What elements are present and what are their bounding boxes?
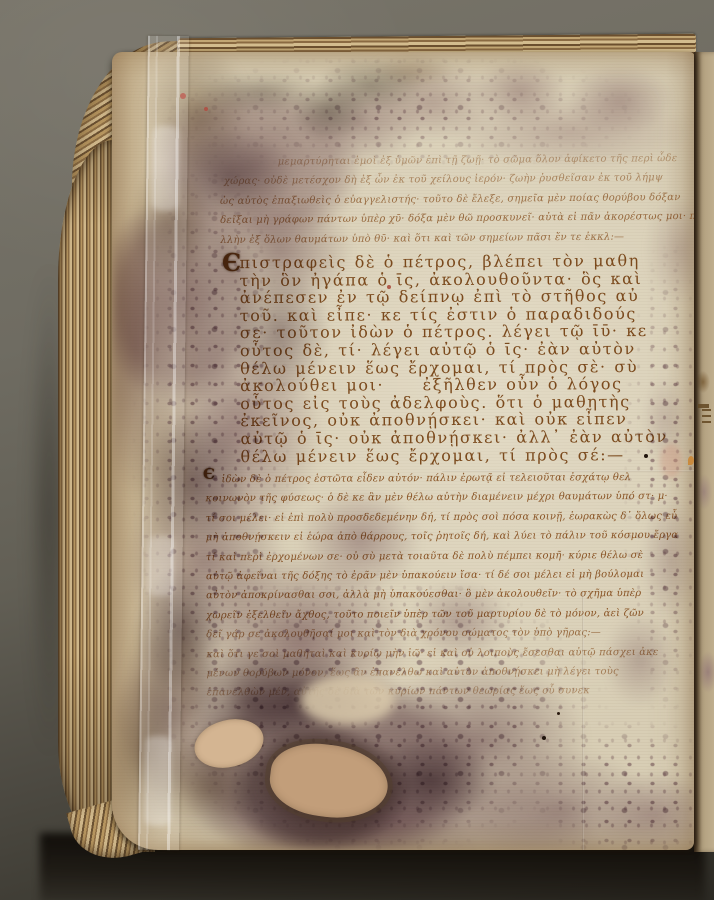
text-line: θέλω μένειν ἕως ἔρχομαι, τί πρὸς σέ:— <box>240 445 660 465</box>
gospel-illuminated-initial: Є <box>222 248 241 277</box>
red-pigment-spot <box>204 107 208 111</box>
orange-wax-spot <box>688 456 694 465</box>
text-line: καὶ ὅτι γε σοὶ μαθηταὶ καὶ κυρίῳ μὴν ἰῶ·… <box>206 642 694 664</box>
text-line: μὴ ἀποθνῄσκειν εἰ ἑώρα ἀπὸ θάρρους, τοῖς… <box>206 526 694 548</box>
repair-patch-oval <box>189 712 268 775</box>
text-line: χωρεῖν ἐξελθεῖν ἄχθος, τοῦτο ποιεῖν ὑπὲρ… <box>206 603 694 625</box>
text-line: τί σοι μέλει· εἰ ἐπὶ πολὺ προσδεδεμένην … <box>206 507 694 529</box>
text-line: λλὴν ἐξ ὅλων θαυμάτων ὑπὸ θῡ· καὶ ὅτι κα… <box>220 227 690 250</box>
upper-commentary-block: μεμαρτύρηται ἐμοὶ ἐξ ὑμῶν ἐπὶ τῇ ζωῇ· τὸ… <box>220 149 691 250</box>
text-line: τί καὶ περὶ ἐρχομένων σε· οὐ σὺ μετὰ τοι… <box>206 545 694 567</box>
clean-parchment-patch <box>300 675 395 725</box>
text-line: ἐπανελθὼν μέν, αὐτῆς δὲ διὰ τῶν κυρίων π… <box>207 681 694 703</box>
text-line: δεῖ γάρ σε ἀκολουθῆσαί μοι καὶ τὸν διὰ χ… <box>206 623 694 645</box>
tide-ringed-stain-patch <box>266 738 392 824</box>
text-line: μένων θορύβων μόνον, ἕως ἂν ἐπανέλθω καὶ… <box>206 662 694 684</box>
parchment-crease-vertical <box>582 592 584 850</box>
parchment-crease-horizontal <box>442 470 694 472</box>
strap-glare <box>152 126 179 211</box>
facing-page-sliver <box>694 52 714 852</box>
manuscript-photograph: Є μεμαρτύρηται ἐμοὶ ἐξ ὑμῶν ἐπὶ τῇ ζωῇ· … <box>0 0 714 900</box>
lower-commentary-block: ἰδὼν δὲ ὁ πέτρος ἑστῶτα εἶδεν αὐτόν· πάλ… <box>205 468 694 703</box>
strap-glare <box>144 736 171 826</box>
facing-page-ink-mark <box>698 404 709 408</box>
text-line: αὐτὸν ἀποκρίνασθαι σοι, ἀλλὰ μὴ ὑπακούεσ… <box>206 584 694 606</box>
gospel-text-block: πιστραφεὶς δὲ ὁ πέτρος, βλέπει τὸν μαθητ… <box>239 252 660 465</box>
red-pigment-spot <box>387 285 391 289</box>
parchment-page: Є μεμαρτύρηται ἐμοὶ ἐξ ὑμῶν ἐπὶ τῇ ζωῇ· … <box>112 52 694 850</box>
ink-blot-spot <box>557 712 560 715</box>
ink-blot-spot <box>644 454 648 458</box>
text-line: αὐτῷ ἀφεῖναι τῆς δόξης τὸ ἐρᾶν μὲν ὑπακο… <box>206 565 694 587</box>
ink-blot-spot <box>542 736 546 740</box>
strap-glare <box>147 536 174 596</box>
text-line: κοινωνὸν τῆς φύσεως· ὁ δὲ κε ἂν μὲν θέλω… <box>205 487 693 509</box>
pink-smudge <box>660 444 682 478</box>
